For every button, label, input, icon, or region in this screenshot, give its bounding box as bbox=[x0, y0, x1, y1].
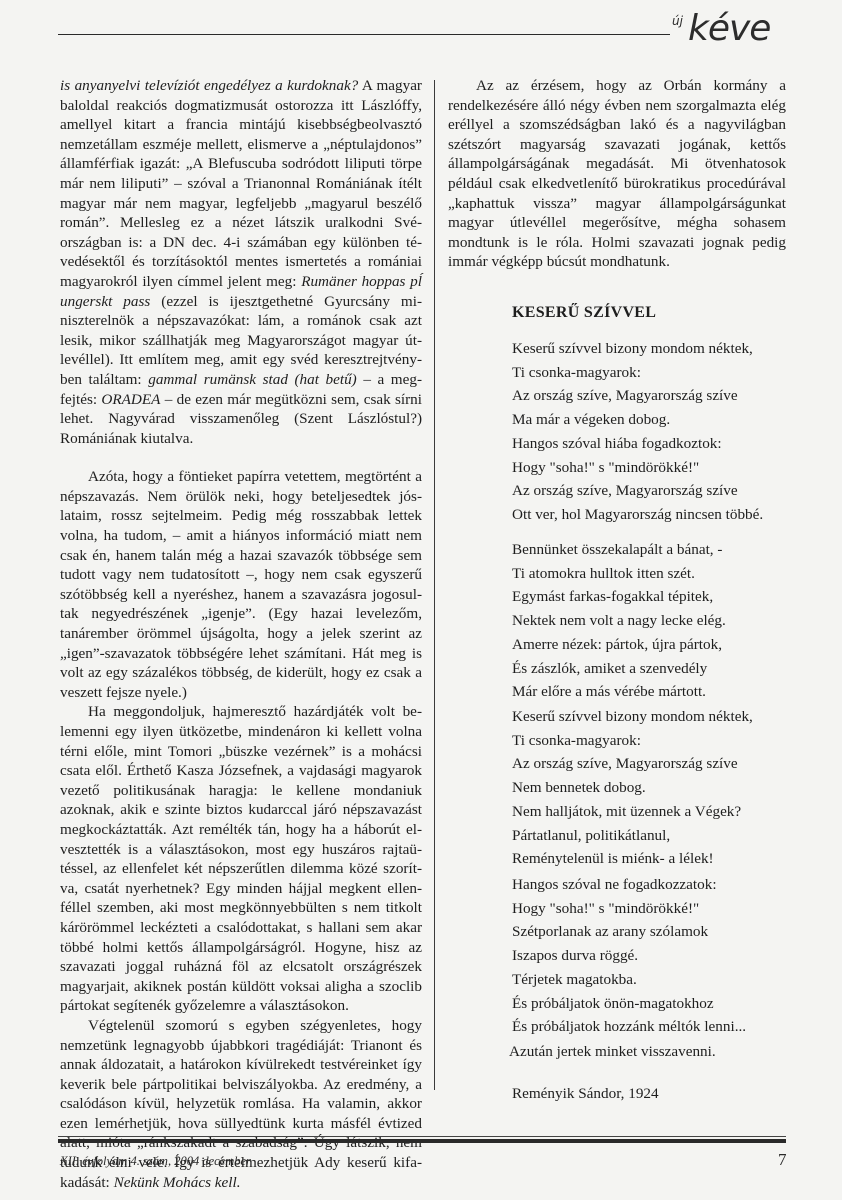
poem-line: Iszapos durva röggé. bbox=[512, 944, 802, 968]
poem-line: Az ország szíve, Magyarország szíve bbox=[512, 479, 802, 503]
header-rule-right bbox=[410, 34, 670, 35]
poem-line: És próbáljatok hozzánk méltók lenni... bbox=[512, 1015, 802, 1039]
text: A ma­gyar baloldal reakciós dogmatizmusá… bbox=[60, 77, 422, 290]
page-number: 7 bbox=[778, 1150, 787, 1170]
left-column: is anyanyelvi televíziót engedélyez a ku… bbox=[60, 76, 422, 1192]
poem-line: Egymást farkas-fogakkal tépitek, bbox=[512, 585, 802, 609]
paragraph: is anyanyelvi televíziót engedélyez a ku… bbox=[60, 76, 422, 448]
logo-main-text: kéve bbox=[688, 8, 770, 49]
italic-ady-quote: Nekünk Mohács kell. bbox=[114, 1174, 241, 1191]
poem-line: Keserű szívvel bizony mondom néktek, bbox=[512, 705, 802, 729]
poem-line: Hangos szóval hiába fogadkoztok: bbox=[512, 432, 802, 456]
poem-line: Szétporlanak az arany szólamok bbox=[512, 920, 802, 944]
poem-line: Keserű szívvel bizony mondom néktek, bbox=[512, 337, 802, 361]
paragraph: Azóta, hogy a föntieket papírra vetettem… bbox=[60, 467, 422, 702]
italic-crossword-clue: gammal rumänsk stad (hat betű) bbox=[148, 371, 357, 388]
poem-line: Ma már a végeken dobog. bbox=[512, 408, 802, 432]
author-signature: Reményik Sándor, 1924 bbox=[512, 1082, 802, 1106]
poem-line: Azután jertek minket visszavenni. bbox=[509, 1040, 799, 1064]
footer-rule bbox=[58, 1136, 786, 1137]
poem-line: Ti csonka-magyarok: bbox=[512, 361, 802, 385]
issue-info: XII. évfolyam 4. szám, 2004 december bbox=[60, 1154, 251, 1169]
paragraph: Az az érzésem, hogy az Orbán kormány a r… bbox=[448, 76, 786, 272]
poem-line: Bennünket összekalapált a bánat, - bbox=[512, 538, 802, 562]
poem-line: Hogy "soha!" s "mindörökké!" bbox=[512, 897, 802, 921]
poem-line: Nem bennetek dobog. bbox=[512, 776, 802, 800]
poem-line: Már előre a más vérébe mártott. bbox=[512, 680, 802, 704]
poem-stanza-1: Keserű szívvel bizony mondom néktek, Ti … bbox=[512, 337, 802, 527]
poem-stanza-3: Keserű szívvel bizony mondom néktek, Ti … bbox=[512, 705, 802, 871]
column-divider bbox=[434, 80, 435, 1090]
poem-closing-line: Azután jertek minket visszavenni. bbox=[509, 1040, 799, 1064]
poem-line: Pártatlanul, politikátlanul, bbox=[512, 824, 802, 848]
poem-line: Hangos szóval ne fogadkozzatok: bbox=[512, 873, 802, 897]
poem-line: Amerre nézek: pártok, újra pártok, bbox=[512, 633, 802, 657]
poem-line: Ti atomokra hulltok itten szét. bbox=[512, 562, 802, 586]
poem-line: Az ország szíve, Magyarország szíve bbox=[512, 752, 802, 776]
footer-rule-thick bbox=[58, 1139, 786, 1143]
poem-line: És próbáljatok önön-magatokhoz bbox=[512, 992, 802, 1016]
poem-line: És zászlók, amiket a szenvedély bbox=[512, 657, 802, 681]
poem-line: Nem halljátok, mit üzennek a Végek? bbox=[512, 800, 802, 824]
logo-small-text: új bbox=[672, 14, 683, 28]
poem-line: Térjetek magatokba. bbox=[512, 968, 802, 992]
poem-line: Nektek nem volt a nagy lecke elég. bbox=[512, 609, 802, 633]
poem-signature: Reményik Sándor, 1924 bbox=[512, 1082, 802, 1106]
poem-title: KESERŰ SZÍVVEL bbox=[512, 304, 656, 322]
paragraph: Ha meggondoljuk, hajmeresztő hazárdjáték… bbox=[60, 702, 422, 1016]
poem-line: Ti csonka-magyarok: bbox=[512, 729, 802, 753]
poem-line: Az ország szíve, Magyarország szíve bbox=[512, 384, 802, 408]
header-rule bbox=[58, 34, 410, 35]
right-column: Az az érzésem, hogy az Orbán kormány a r… bbox=[448, 76, 786, 272]
poem-line: Reménytelenül is miénk- a lélek! bbox=[512, 847, 802, 871]
poem-line: Ott ver, hol Magyarország nincsen többé. bbox=[512, 503, 802, 527]
italic-answer: ORADEA bbox=[101, 391, 160, 408]
poem-stanza-2: Bennünket összekalapált a bánat, - Ti at… bbox=[512, 538, 802, 704]
poem-line: Hogy "soha!" s "mindörökké!" bbox=[512, 456, 802, 480]
poem-stanza-4: Hangos szóval ne fogadkozzatok: Hogy "so… bbox=[512, 873, 802, 1039]
italic-question: is anyanyelvi televíziót engedélyez a ku… bbox=[60, 77, 358, 94]
